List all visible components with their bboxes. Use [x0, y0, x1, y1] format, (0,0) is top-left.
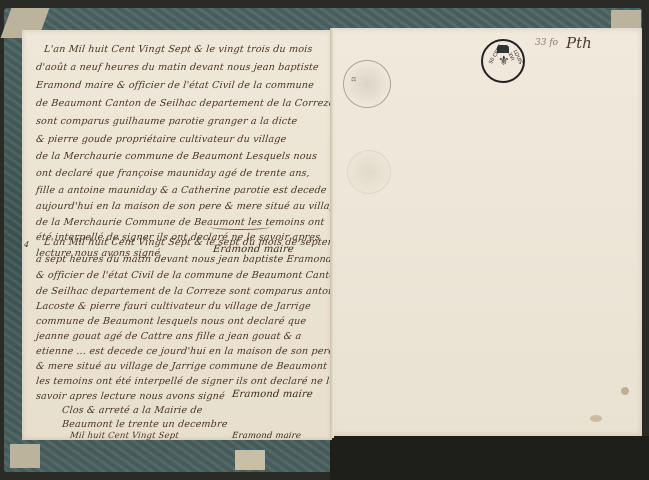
folio-mark: Pth: [566, 34, 592, 52]
manuscript-line: commune de Beaumont lesquels nous ont de…: [35, 316, 306, 327]
signature-flourish: [210, 224, 270, 230]
ink-stain: [590, 415, 602, 422]
manuscript-line: & officier de l'état Civil de la commune…: [35, 270, 342, 281]
margin-mark: 4: [24, 240, 30, 249]
royal-stamp: ⚜ 50 CENT. LOUIS XVI: [481, 39, 525, 83]
manuscript-line: sont comparus guilhaume parotie granger …: [35, 116, 297, 127]
manuscript-line: ont declaré que françoise mauniday agé d…: [35, 168, 310, 179]
manuscript-line: de Beaumont Canton de Seilhac departemen…: [35, 98, 335, 109]
closing-line: Mil huit Cent Vingt Sept: [69, 431, 179, 441]
manuscript-line: & mere situé au village de Jarrige commu…: [35, 361, 327, 372]
mayor-signature: Eramond maire: [231, 431, 301, 441]
leather-corner-bottom-left: [10, 444, 40, 468]
manuscript-line: fille a antoine mauniday & a Catherine p…: [35, 185, 327, 196]
manuscript-line: & pierre goude propriétaire cultivateur …: [35, 134, 286, 145]
manuscript-line: etienne ... est decede ce jourd'hui en l…: [35, 346, 334, 357]
manuscript-line: a sept heures du matin devant nous jean …: [35, 254, 364, 265]
embossed-tax-seal: ⚖: [343, 60, 391, 108]
closing-line: Beaumont le trente un decembre: [61, 419, 228, 430]
manuscript-line: savoir apres lecture nous avons signé: [35, 391, 225, 402]
manuscript-line: aujourd'hui en la maison de son pere & m…: [35, 201, 342, 212]
mayor-signature: Eramond maire: [231, 389, 313, 400]
manuscript-line: d'août a neuf heures du matin devant nou…: [35, 62, 319, 73]
folio-number: 33 fo: [535, 38, 558, 48]
manuscript-line: de la Merchaurie Commune de Beaumont les…: [35, 217, 325, 228]
manuscript-line: les temoins ont été interpellé de signer…: [35, 376, 335, 387]
manuscript-line: L'an Mil huit Cent Vingt Sept & le vingt…: [43, 44, 313, 55]
manuscript-line: Eramond maire & officier de l'état Civil…: [35, 80, 314, 91]
seal-denomination: ⚖: [351, 76, 356, 83]
manuscript-line: de Seilhac departement de la Correze son…: [35, 286, 344, 297]
closing-line: Clos & arreté a la Mairie de: [61, 405, 203, 416]
manuscript-line: L'an Mil huit Cent Vingt Sept & le sept …: [43, 237, 354, 248]
ink-stain: [621, 387, 629, 395]
manuscript-line: de la Merchaurie commune de Beaumont Les…: [35, 151, 317, 162]
manuscript-line: Lacoste & pierre fauri cultivateur du vi…: [35, 301, 311, 312]
shadow-below-right-page: [330, 436, 649, 480]
page-gutter: [330, 28, 334, 438]
blind-embossed-seal: [347, 150, 391, 194]
manuscript-line: jeanne gouat agé de Cattre ans fille a j…: [35, 331, 302, 342]
leather-corner-bottom-middle: [235, 450, 265, 470]
